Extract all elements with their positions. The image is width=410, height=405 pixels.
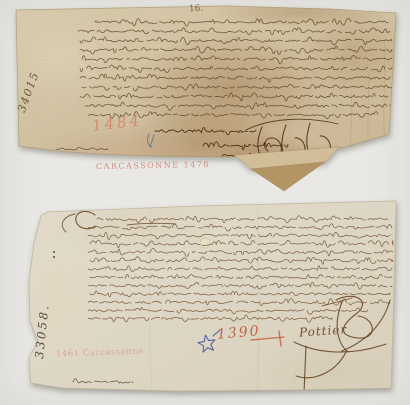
documents-photo: 16. 34015 1484 CARCASSONNE 1478 33058. 1… (0, 0, 410, 405)
bottom-doc-red-date: 1390 (216, 324, 261, 342)
bottom-doc-signature-name: Pottier (299, 323, 348, 338)
documents-scene (0, 0, 410, 405)
pale-spot (200, 238, 210, 248)
top-doc-folio-number: 16. (189, 5, 204, 15)
